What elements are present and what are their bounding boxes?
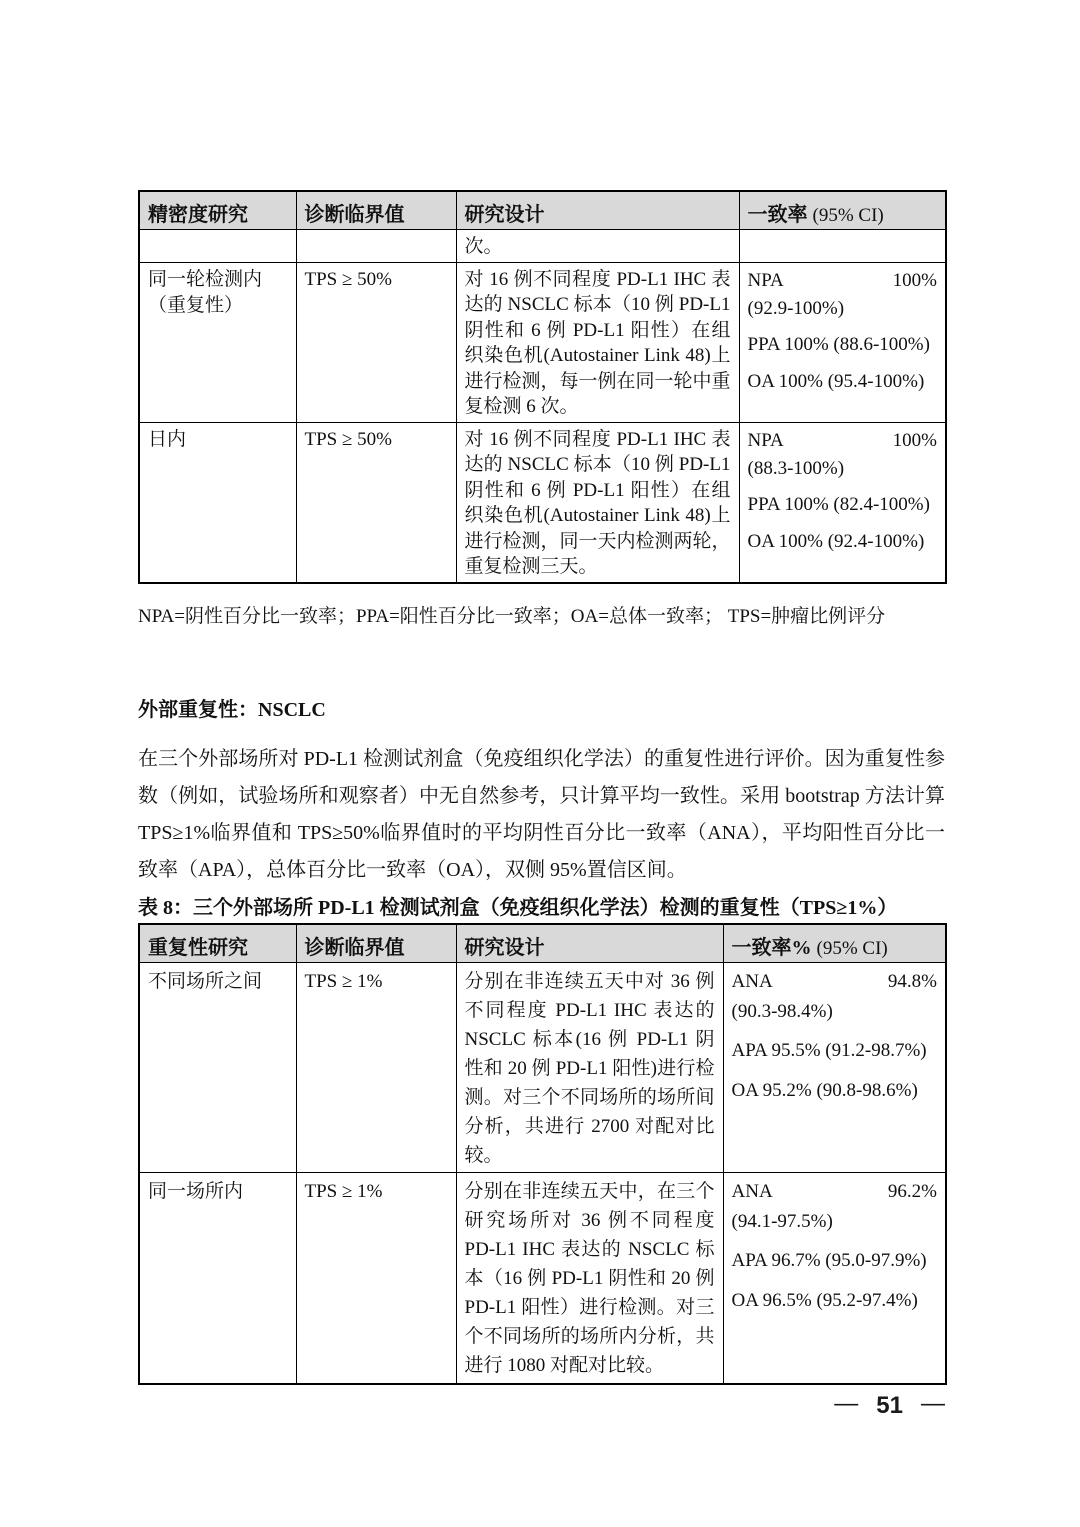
reproducibility-table: 重复性研究 诊断临界值 研究设计 一致率% (95% CI) 不同场所之间 TP…: [138, 923, 947, 1386]
table-row-within-run: 同一轮检测内 （重复性） TPS ≥ 50% 对 16 例不同程度 PD-L1 …: [139, 262, 946, 422]
agreement-line-3: APA 95.5% (91.2-98.7%): [732, 1036, 938, 1066]
page-number: 51: [876, 1392, 903, 1419]
agreement-label: ANA: [732, 967, 773, 997]
study-line-1: 同一场所内: [148, 1177, 288, 1206]
agreement-line-4: OA 100% (95.4-100%): [748, 368, 938, 396]
cell-cutoff: TPS ≥ 50%: [296, 262, 456, 422]
header-diagnostic-cutoff: 诊断临界值: [296, 924, 456, 963]
cell-empty: [296, 230, 456, 263]
footer-right-dash: —: [921, 1390, 945, 1417]
abbreviation-footnote: NPA=阴性百分比一致率；PPA=阳性百分比一致率；OA=总体一致率； TPS=…: [138, 604, 945, 629]
cell-study: 日内: [139, 422, 296, 583]
cell-study: 同一轮检测内 （重复性）: [139, 262, 296, 422]
cell-empty: [739, 230, 946, 263]
study-line-2: （重复性）: [148, 293, 288, 319]
precision-table-header-row: 精密度研究 诊断临界值 研究设计 一致率 (95% CI): [139, 191, 946, 230]
agreement-line-1: ANA 96.2%: [732, 1177, 938, 1207]
footer-left-dash: —: [834, 1390, 858, 1417]
agreement-line-1: ANA 94.8%: [732, 967, 938, 997]
header-agreement-rate: 一致率 (95% CI): [739, 191, 946, 230]
header-reproducibility-study: 重复性研究: [139, 924, 296, 963]
study-line-1: 不同场所之间: [148, 967, 288, 996]
cell-design: 对 16 例不同程度 PD-L1 IHC 表达的 NSCLC 标本（10 例 P…: [456, 262, 739, 422]
agreement-line-1: NPA 100%: [748, 267, 938, 295]
agreement-value: 100%: [893, 427, 937, 455]
cell-study: 不同场所之间: [139, 962, 296, 1172]
cell-agreement: NPA 100% (92.9-100%) PPA 100% (88.6-100%…: [739, 262, 946, 422]
table-row-between-sites: 不同场所之间 TPS ≥ 1% 分别在非连续五天中对 36 例不同程度 PD-L…: [139, 962, 946, 1172]
reproducibility-table-header-row: 重复性研究 诊断临界值 研究设计 一致率% (95% CI): [139, 924, 946, 963]
cell-agreement: ANA 94.8% (90.3-98.4%) APA 95.5% (91.2-9…: [723, 962, 946, 1172]
table-row-within-site: 同一场所内 TPS ≥ 1% 分别在非连续五天中，在三个研究场所对 36 例不同…: [139, 1172, 946, 1384]
agreement-line-2: (90.3-98.4%): [732, 997, 938, 1027]
cell-design: 对 16 例不同程度 PD-L1 IHC 表达的 NSCLC 标本（10 例 P…: [456, 422, 739, 583]
page-footer: —51—: [138, 1392, 945, 1420]
body-paragraph: 在三个外部场所对 PD-L1 检测试剂盒（免疫组织化学法）的重复性进行评价。因为…: [138, 741, 945, 889]
table-row-within-day: 日内 TPS ≥ 50% 对 16 例不同程度 PD-L1 IHC 表达的 NS…: [139, 422, 946, 583]
header-diagnostic-cutoff: 诊断临界值: [296, 191, 456, 230]
cell-cutoff: TPS ≥ 50%: [296, 422, 456, 583]
header-agreement-rate: 一致率% (95% CI): [723, 924, 946, 963]
document-page: { "precision_table": { "header": { "stud…: [0, 0, 1080, 1527]
carryover-row: 次。: [139, 230, 946, 263]
agreement-value: 94.8%: [888, 967, 937, 997]
cell-agreement: NPA 100% (88.3-100%) PPA 100% (82.4-100%…: [739, 422, 946, 583]
agreement-line-4: OA 96.5% (95.2-97.4%): [732, 1286, 938, 1316]
agreement-line-4: OA 95.2% (90.8-98.6%): [732, 1076, 938, 1106]
cell-cutoff: TPS ≥ 1%: [296, 1172, 456, 1384]
header-agreement-ci: (95% CI): [817, 938, 888, 959]
precision-study-table: 精密度研究 诊断临界值 研究设计 一致率 (95% CI) 次。 同一轮检测内 …: [138, 190, 947, 584]
agreement-line-1: NPA 100%: [748, 427, 938, 455]
cell-design-carryover: 次。: [456, 230, 739, 263]
study-line-1: 日内: [148, 427, 288, 453]
agreement-line-2: (88.3-100%): [748, 455, 938, 483]
cell-cutoff: TPS ≥ 1%: [296, 962, 456, 1172]
cell-agreement: ANA 96.2% (94.1-97.5%) APA 96.7% (95.0-9…: [723, 1172, 946, 1384]
agreement-line-2: (94.1-97.5%): [732, 1207, 938, 1237]
header-study-design: 研究设计: [456, 191, 739, 230]
agreement-label: NPA: [748, 427, 784, 455]
agreement-label: NPA: [748, 267, 784, 295]
header-precision-study: 精密度研究: [139, 191, 296, 230]
agreement-value: 96.2%: [888, 1177, 937, 1207]
agreement-line-3: PPA 100% (88.6-100%): [748, 331, 938, 359]
cell-empty: [139, 230, 296, 263]
agreement-value: 100%: [893, 267, 937, 295]
cell-design: 分别在非连续五天中对 36 例不同程度 PD-L1 IHC 表达的 NSCLC …: [456, 962, 723, 1172]
section-heading-external-reproducibility: 外部重复性：NSCLC: [138, 697, 945, 723]
cell-study: 同一场所内: [139, 1172, 296, 1384]
header-agreement-ci: (95% CI): [813, 205, 884, 226]
agreement-label: ANA: [732, 1177, 773, 1207]
agreement-line-3: PPA 100% (82.4-100%): [748, 491, 938, 519]
cell-design: 分别在非连续五天中，在三个研究场所对 36 例不同程度 PD-L1 IHC 表达…: [456, 1172, 723, 1384]
agreement-line-3: APA 96.7% (95.0-97.9%): [732, 1246, 938, 1276]
header-study-design: 研究设计: [456, 924, 723, 963]
agreement-line-2: (92.9-100%): [748, 295, 938, 323]
table8-caption: 表 8：三个外部场所 PD-L1 检测试剂盒（免疫组织化学法）检测的重复性（TP…: [138, 895, 945, 922]
study-line-1: 同一轮检测内: [148, 267, 288, 293]
agreement-line-4: OA 100% (92.4-100%): [748, 528, 938, 556]
